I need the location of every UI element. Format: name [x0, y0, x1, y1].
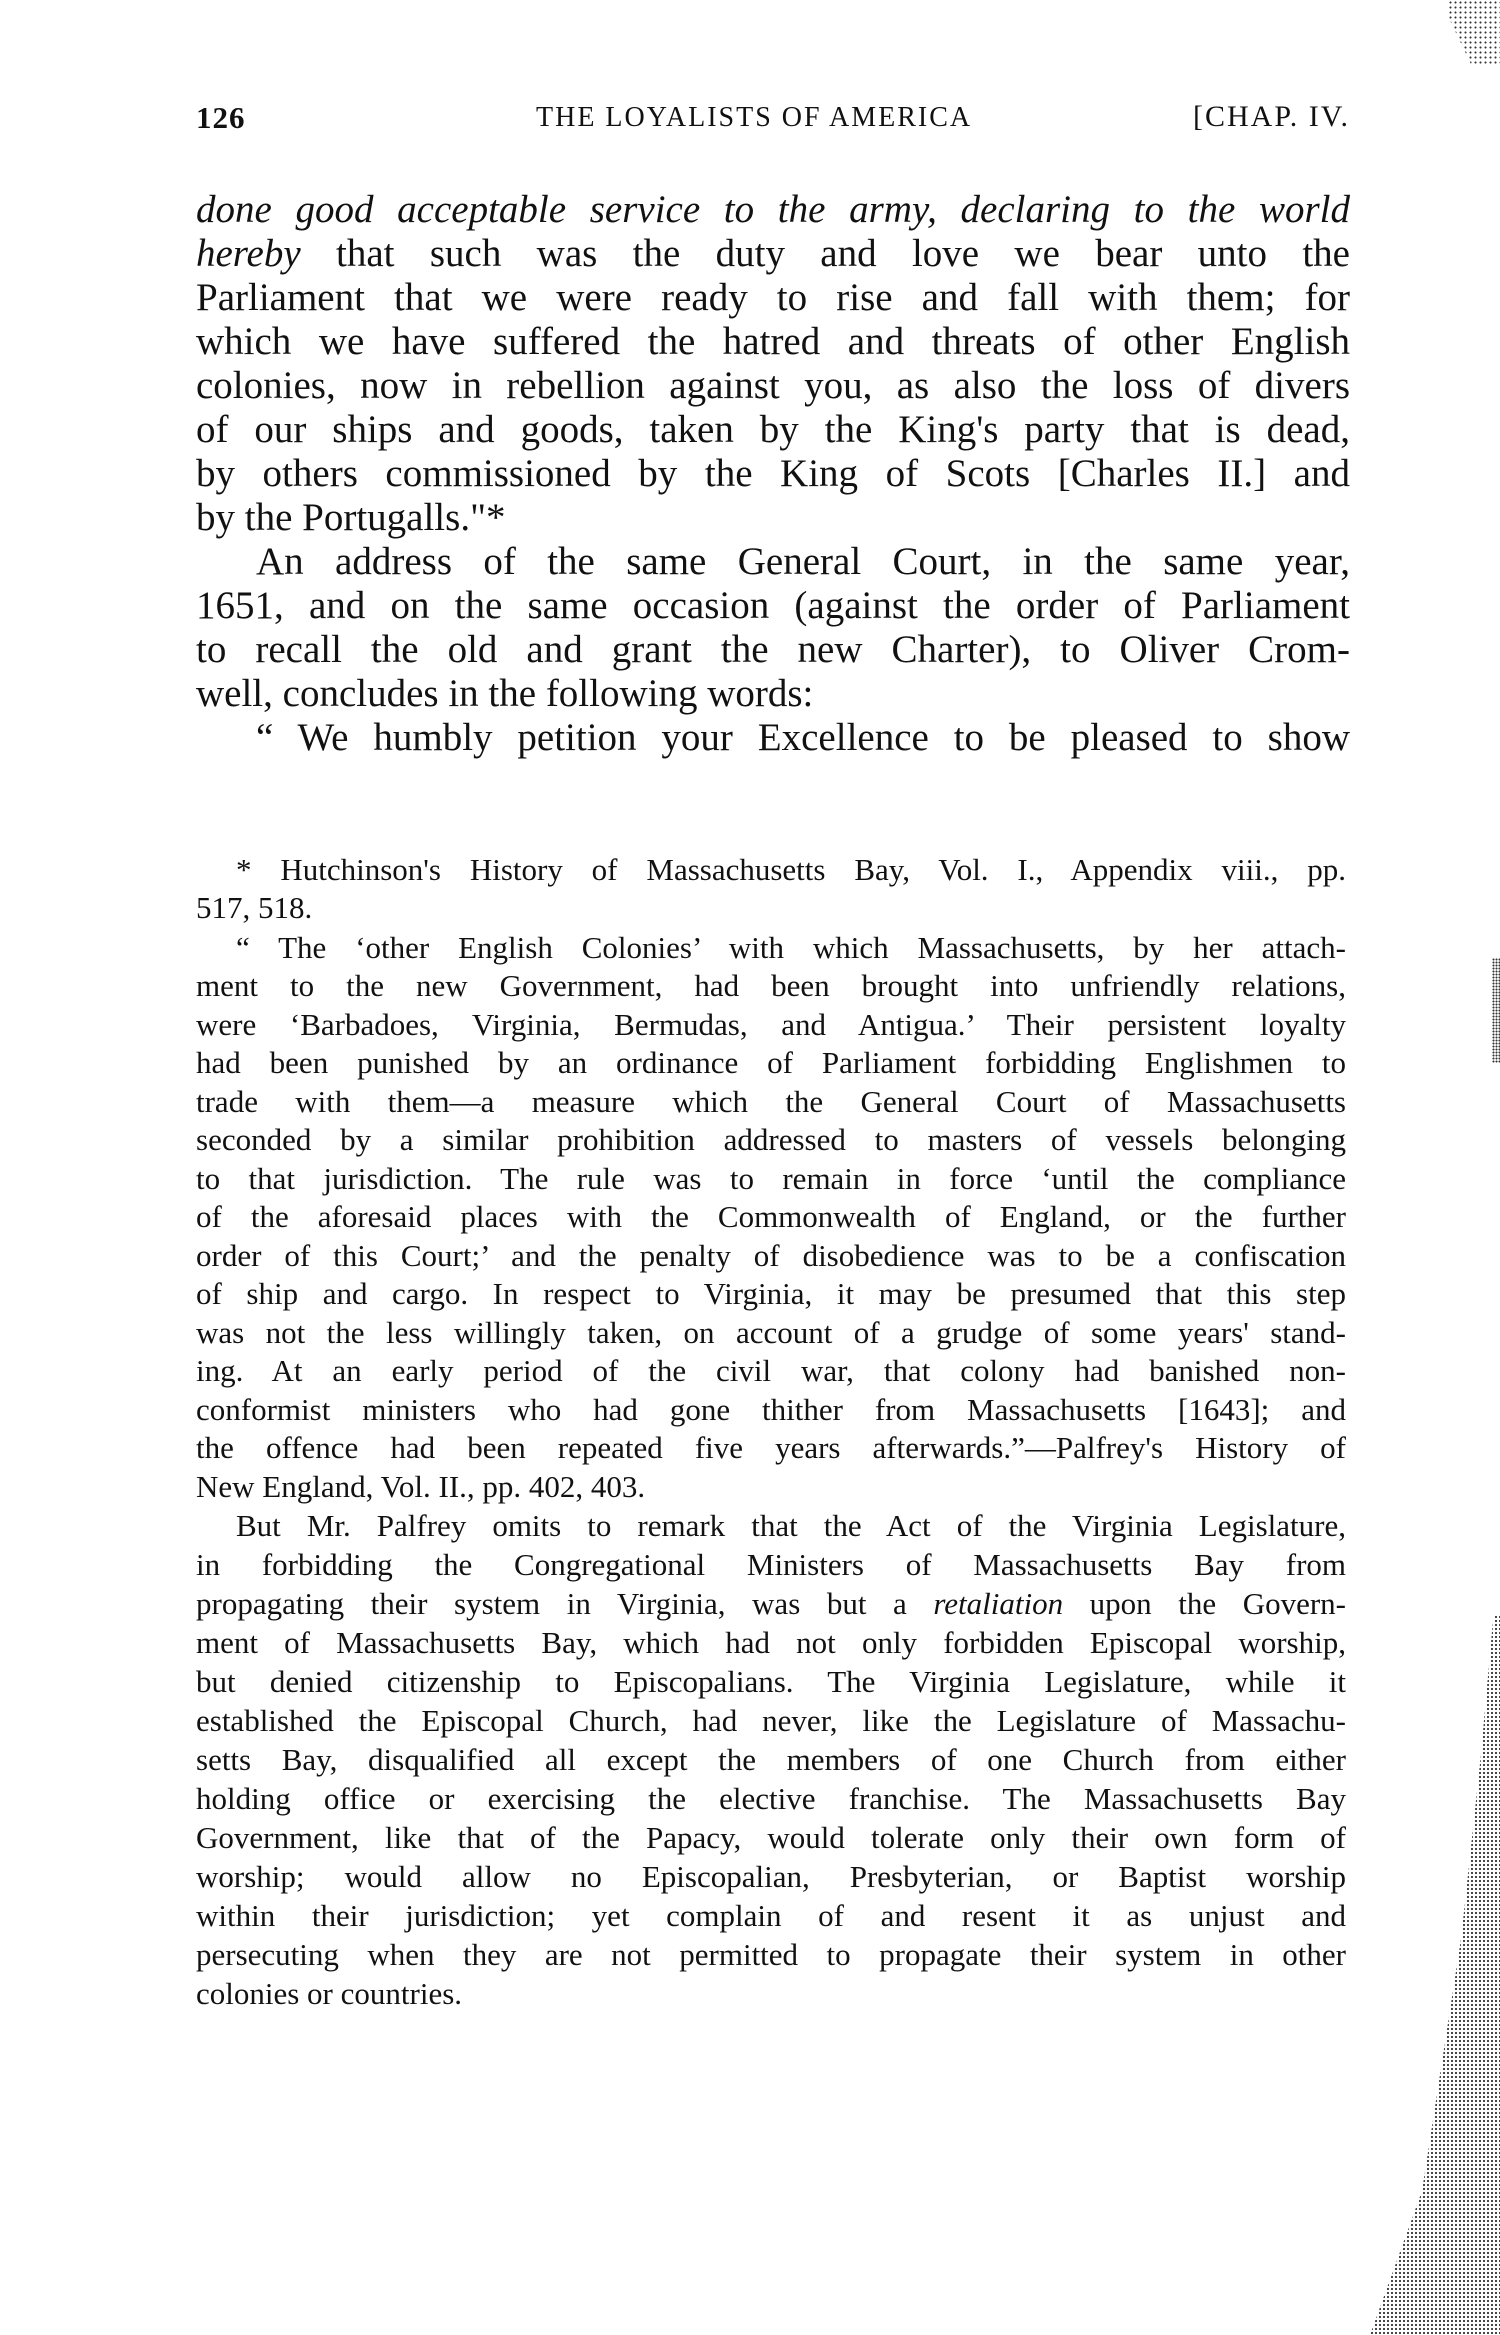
footnote-line: order of this Court;’ and the penalty of…: [196, 1238, 1346, 1274]
text-line: by others commissioned by the King of Sc…: [196, 452, 1350, 496]
italic-word: retaliation: [933, 1586, 1063, 1621]
text-span: propagating their system in Virginia, wa…: [196, 1586, 933, 1621]
text-line: 1651, and on the same occasion (against …: [196, 584, 1350, 628]
text-line: colonies, now in rebellion against you, …: [196, 364, 1350, 408]
footnote-line: the offence had been repeated five years…: [196, 1430, 1346, 1466]
book-title: THE LOYALISTS OF AMERICA: [536, 102, 972, 134]
footnote-line: Government, like that of the Papacy, wou…: [196, 1820, 1346, 1856]
page-edge-shading-middle: [1492, 958, 1500, 1063]
text-line: by the Portugalls."*: [196, 496, 1350, 540]
footnote-line: trade with them—a measure which the Gene…: [196, 1084, 1346, 1120]
footnote-line: had been punished by an ordinance of Par…: [196, 1045, 1346, 1081]
footnote-line: ing. At an early period of the civil war…: [196, 1353, 1346, 1389]
book-page: 126 THE LOYALISTS OF AMERICA [CHAP. IV. …: [0, 0, 1500, 2335]
text-line: which we have suffered the hatred and th…: [196, 320, 1350, 364]
footnote-line: ment of Massachusetts Bay, which had not…: [196, 1625, 1346, 1661]
paragraph-start: “ We humbly petition your Excellence to …: [196, 716, 1350, 760]
text-span: that such was the duty and love we bear …: [301, 232, 1350, 275]
footnote-line: established the Episcopal Church, had ne…: [196, 1703, 1346, 1739]
footnote-line: worship; would allow no Episcopalian, Pr…: [196, 1859, 1346, 1895]
footnote-line: conformist ministers who had gone thithe…: [196, 1392, 1346, 1428]
footnote-line: but denied citizenship to Episcopalians.…: [196, 1664, 1346, 1700]
italic-word: hereby: [196, 232, 301, 275]
footnote-line: “ The ‘other English Colonies’ with whic…: [196, 930, 1346, 966]
footnote-line: * Hutchinson's History of Massachusetts …: [196, 852, 1346, 888]
footnote-line: to that jurisdiction. The rule was to re…: [196, 1161, 1346, 1197]
footnote-line: of ship and cargo. In respect to Virgini…: [196, 1276, 1346, 1312]
footnote-line: persecuting when they are not permitted …: [196, 1937, 1346, 1973]
chapter-label: [CHAP. IV.: [1193, 100, 1350, 134]
text-line: Parliament that we were ready to rise an…: [196, 276, 1350, 320]
page-number: 126: [196, 100, 246, 136]
footnote-line: New England, Vol. II., pp. 402, 403.: [196, 1469, 1346, 1505]
running-head: 126 THE LOYALISTS OF AMERICA [CHAP. IV.: [196, 100, 1356, 150]
footnote-line: were ‘Barbadoes, Virginia, Bermudas, and…: [196, 1007, 1346, 1043]
text-line: done good acceptable service to the army…: [196, 188, 1350, 232]
paragraph-start: An address of the same General Court, in…: [196, 540, 1350, 584]
text-span: upon the Govern-: [1063, 1586, 1346, 1621]
page-edge-shading-top: [1448, 0, 1500, 65]
footnote-line: ment to the new Government, had been bro…: [196, 968, 1346, 1004]
text-line: hereby that such was the duty and love w…: [196, 232, 1350, 276]
footnote-line: within their jurisdiction; yet complain …: [196, 1898, 1346, 1934]
footnote-line: seconded by a similar prohibition addres…: [196, 1122, 1346, 1158]
footnote-line: of the aforesaid places with the Commonw…: [196, 1199, 1346, 1235]
footnote-line: colonies or countries.: [196, 1976, 1346, 2012]
footnote-line: setts Bay, disqualified all except the m…: [196, 1742, 1346, 1778]
footnote-line: holding office or exercising the electiv…: [196, 1781, 1346, 1817]
page-edge-shading-bottom: [1370, 1615, 1500, 2335]
footnote-line: propagating their system in Virginia, wa…: [196, 1586, 1346, 1622]
text-line: to recall the old and grant the new Char…: [196, 628, 1350, 672]
text-line: of our ships and goods, taken by the Kin…: [196, 408, 1350, 452]
text-line: well, concludes in the following words:: [196, 672, 1350, 716]
footnote-line: But Mr. Palfrey omits to remark that the…: [196, 1508, 1346, 1544]
footnote-line: 517, 518.: [196, 890, 1346, 926]
footnote-line: in forbidding the Congregational Ministe…: [196, 1547, 1346, 1583]
footnote-line: was not the less willingly taken, on acc…: [196, 1315, 1346, 1351]
